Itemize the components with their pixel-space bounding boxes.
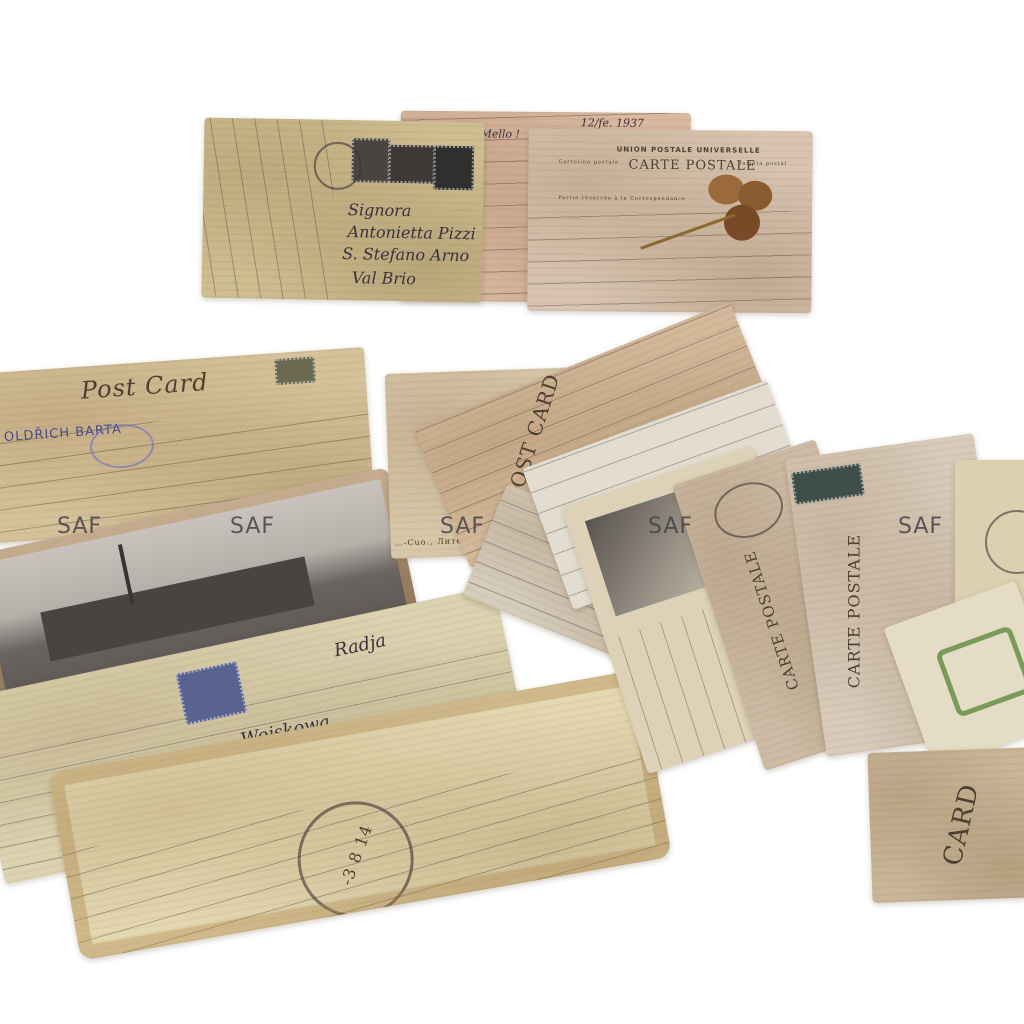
watermark: SAF — [898, 514, 943, 539]
address-line-2: Antonietta Pizzi — [347, 222, 475, 243]
pressed-flower-icon — [698, 170, 779, 251]
stamp-icon — [433, 146, 474, 191]
card-sublabel: Tarjeta postal — [738, 161, 787, 167]
watermark: SAF — [648, 514, 693, 539]
address-line-3: S. Stefano Arno — [342, 244, 469, 265]
card-sublabel: Cartolina postale — [558, 159, 619, 166]
address-line-1: Signora — [348, 200, 412, 220]
watermark: SAF — [440, 514, 485, 539]
card-title: CARTE POSTALE — [845, 534, 864, 689]
stamp-icon — [388, 145, 435, 184]
postmark-icon — [985, 510, 1024, 574]
postcard-photo: 12/fe. 1937 Mello ! Signora Antonietta P… — [0, 0, 1024, 1024]
card-footer-label: Partie réservée à la Correspondance — [558, 195, 686, 202]
watermark: SAF — [57, 514, 102, 539]
french-flower-postcard: UNION POSTALE UNIVERSELLE CARTE POSTALE … — [527, 129, 813, 313]
date-note: 12/fe. 1937 — [581, 116, 644, 130]
watermark: SAF — [230, 514, 275, 539]
greeting: Mello ! — [481, 127, 520, 140]
stamp-icon — [274, 356, 316, 385]
address-line-4: Val Brio — [352, 268, 416, 288]
green-stamp-icon — [935, 625, 1024, 718]
italian-postcard: Signora Antonietta Pizzi S. Stefano Arno… — [201, 118, 484, 303]
handwriting-lines — [201, 118, 334, 300]
card-header: UNION POSTALE UNIVERSELLE — [617, 146, 761, 155]
bottom-right-card: CARD — [867, 747, 1024, 903]
